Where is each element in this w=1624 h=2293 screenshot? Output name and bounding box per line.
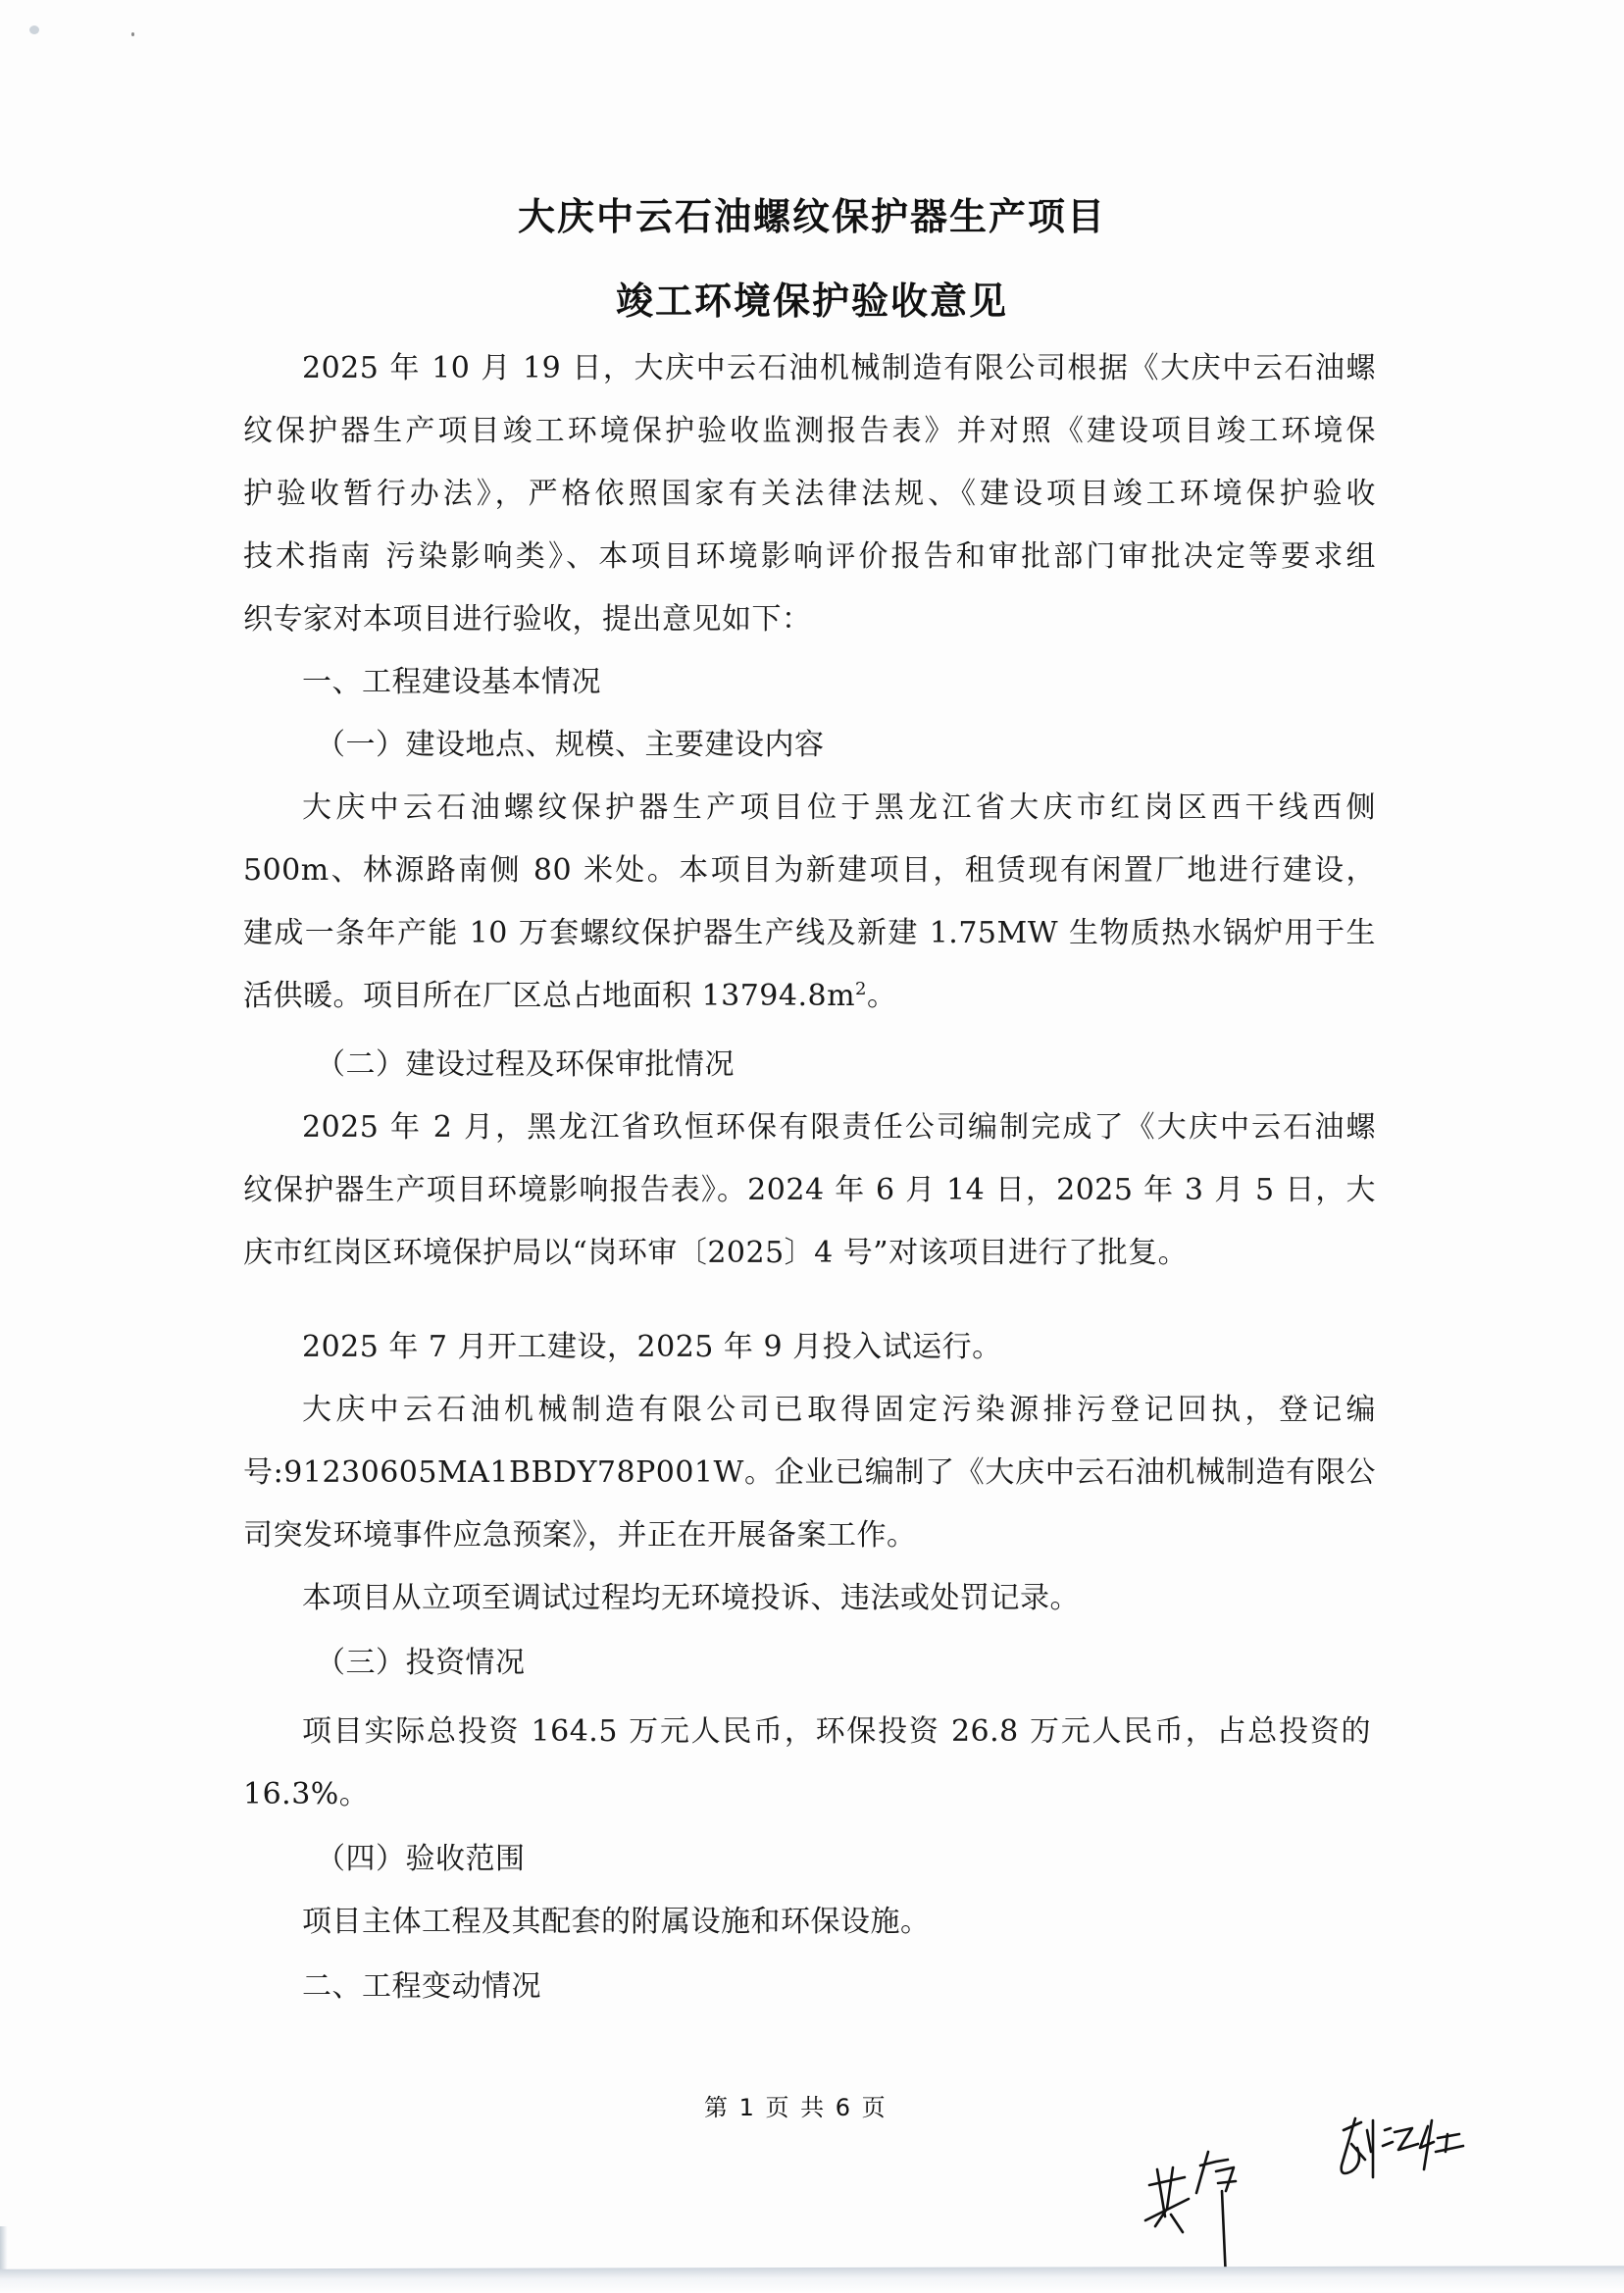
- body-line: 16.3%。: [243, 1775, 369, 1814]
- intro-line: 护验收暂行办法》，严格依照国家有关法律法规、《建设项目竣工环境保护验收: [243, 475, 1376, 514]
- body-line: 项目主体工程及其配套的附属设施和环保设施。: [302, 1903, 931, 1942]
- scan-artifact: [131, 32, 134, 36]
- intro-line: 技术指南 污染影响类》、本项目环境影响评价报告和审批部门审批决定等要求组: [243, 537, 1376, 577]
- page-number: 第 1 页 共 6 页: [704, 2088, 888, 2122]
- section-heading: 一、工程建设基本情况: [302, 663, 601, 702]
- subsection-heading: （四）验收范围: [316, 1840, 526, 1879]
- intro-line: 纹保护器生产项目竣工环境保护验收监测报告表》并对照《建设项目竣工环境保: [243, 412, 1376, 451]
- signature-2: [1334, 2109, 1481, 2187]
- body-line: 大庆中云石油螺纹保护器生产项目位于黑龙江省大庆市红岗区西干线西侧: [302, 789, 1376, 828]
- body-line: 大庆中云石油机械制造有限公司已取得固定污染源排污登记回执，登记编: [302, 1391, 1376, 1430]
- document-page: 大庆中云石油螺纹保护器生产项目 竣工环境保护验收意见 2025 年 10 月 1…: [0, 0, 1624, 2293]
- body-line: 司突发环境事件应急预案》，并正在开展备案工作。: [243, 1516, 917, 1555]
- body-text: 。: [867, 979, 897, 1013]
- superscript: 2: [855, 979, 867, 999]
- document-title-line1: 大庆中云石油螺纹保护器生产项目: [0, 186, 1624, 240]
- subsection-heading: （三）投资情况: [316, 1644, 526, 1683]
- document-title-line2: 竣工环境保护验收意见: [0, 271, 1624, 325]
- scan-artifact: [29, 25, 39, 34]
- intro-line: 织专家对本项目进行验收，提出意见如下：: [243, 600, 812, 639]
- subsection-heading: （二）建设过程及环保审批情况: [316, 1045, 735, 1085]
- body-line: 活供暖。项目所在厂区总占地面积 13794.8m2。: [243, 977, 897, 1016]
- body-line: 2025 年 7 月开工建设，2025 年 9 月投入试运行。: [302, 1328, 1002, 1367]
- scan-edge-shadow: [0, 2226, 8, 2270]
- body-line: 号:91230605MA1BBDY78P001W。企业已编制了《大庆中云石油机械…: [243, 1453, 1376, 1493]
- section-heading: 二、工程变动情况: [302, 1967, 541, 2007]
- body-line: 纹保护器生产项目环境影响报告表》。2024 年 6 月 14 日，2025 年 …: [243, 1171, 1376, 1210]
- intro-line: 2025 年 10 月 19 日，大庆中云石油机械制造有限公司根据《大庆中云石油…: [302, 349, 1376, 388]
- subsection-heading: （一）建设地点、规模、主要建设内容: [316, 726, 825, 765]
- scan-edge-shadow: [0, 2266, 1624, 2293]
- signature-1: [1138, 2148, 1275, 2285]
- body-line: 2025 年 2 月，黑龙江省玖恒环保有限责任公司编制完成了《大庆中云石油螺: [302, 1108, 1376, 1147]
- body-text: 活供暖。项目所在厂区总占地面积 13794.8m: [243, 979, 855, 1013]
- body-line: 本项目从立项至调试过程均无环境投诉、违法或处罚记录。: [302, 1579, 1080, 1618]
- body-line: 建成一条年产能 10 万套螺纹保护器生产线及新建 1.75MW 生物质热水锅炉用…: [243, 914, 1376, 953]
- body-line: 500m、林源路南侧 80 米处。本项目为新建项目，租赁现有闲置厂地进行建设，: [243, 851, 1376, 891]
- body-line: 庆市红岗区环境保护局以“岗环审〔2025〕4 号”对该项目进行了批复。: [243, 1234, 1188, 1273]
- body-line: 项目实际总投资 164.5 万元人民币，环保投资 26.8 万元人民币，占总投资…: [302, 1712, 1371, 1752]
